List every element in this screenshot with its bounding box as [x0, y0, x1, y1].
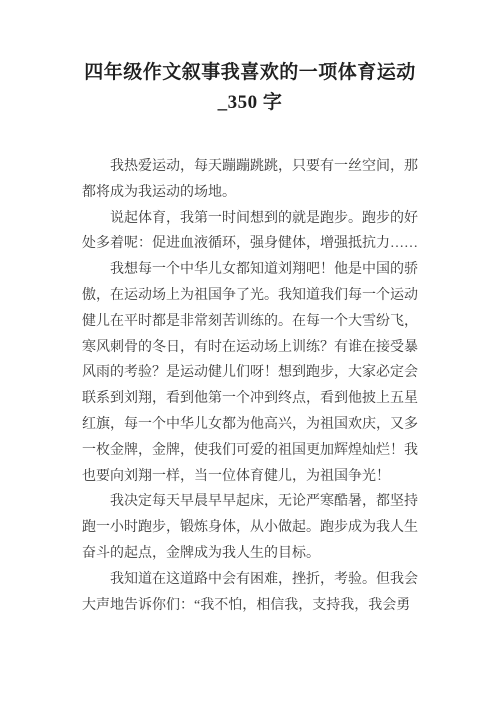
essay-paragraph: 我决定每天早晨早早起床，无论严寒酷暑，都坚持跑一小时跑步，锻炼身体，从小做起。跑…	[82, 489, 418, 566]
essay-paragraph: 说起体育，我第一时间想到的就是跑步。跑步的好处多着呢：促进血液循环，强身健体，增…	[82, 206, 418, 258]
essay-paragraph: 我知道在这道路中会有困难，挫折，考验。但我会大声地告诉你们：“我不怕，相信我，支…	[82, 567, 418, 619]
essay-body: 我热爱运动，每天蹦蹦跳跳，只要有一丝空间，那都将成为我运动的场地。 说起体育，我…	[82, 154, 418, 618]
essay-title-line1: 四年级作文叙事我喜欢的一项体育运动	[84, 62, 416, 83]
essay-title: 四年级作文叙事我喜欢的一项体育运动_350 字	[0, 0, 500, 118]
essay-paragraph: 我热爱运动，每天蹦蹦跳跳，只要有一丝空间，那都将成为我运动的场地。	[82, 154, 418, 206]
essay-title-line2: _350 字	[218, 92, 283, 113]
essay-paragraph: 我想每一个中华儿女都知道刘翔吧！他是中国的骄傲，在运动场上为祖国争了光。我知道我…	[82, 257, 418, 489]
document-page: 四年级作文叙事我喜欢的一项体育运动_350 字 我热爱运动，每天蹦蹦跳跳，只要有…	[0, 0, 500, 708]
